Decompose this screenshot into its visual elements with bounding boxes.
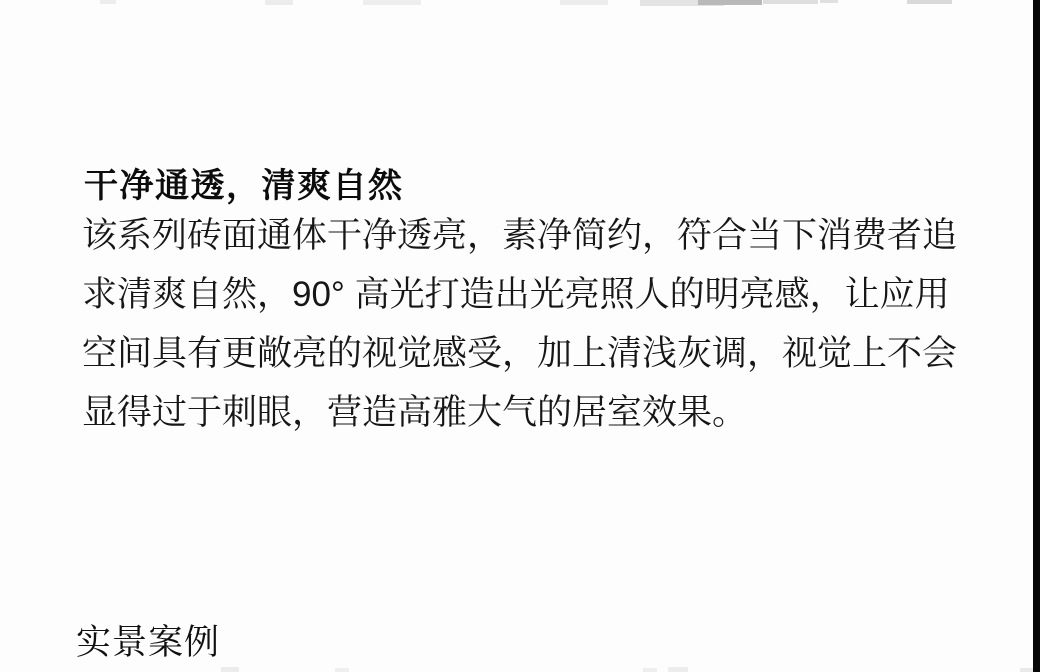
section-heading: 干净通透，清爽自然 xyxy=(84,165,404,207)
paragraph-line: 求清爽自然，90° 高光打造出光亮照人的明亮感，让应用 xyxy=(82,265,992,324)
article-page: 干净通透，清爽自然 该系列砖面通体干净透亮，素净简约，符合当下消费者追 求清爽自… xyxy=(0,0,1040,672)
cropped-image-artifact xyxy=(907,0,952,4)
paragraph-line: 该系列砖面通体干净透亮，素净简约，符合当下消费者追 xyxy=(82,206,992,265)
cropped-image-artifact xyxy=(100,0,116,4)
cropped-image-artifact xyxy=(763,0,818,4)
next-section-heading: 实景案例 xyxy=(76,622,220,664)
cropped-image-artifact xyxy=(820,0,838,3)
paragraph-line: 显得过于刺眼，营造高雅大气的居室效果。 xyxy=(82,383,992,442)
cropped-image-artifact xyxy=(1020,668,1033,672)
paragraph-line: 空间具有更敞亮的视觉感受，加上清浅灰调，视觉上不会 xyxy=(82,324,992,383)
cropped-image-artifact xyxy=(643,668,657,672)
cropped-image-artifact xyxy=(668,667,688,672)
right-edge-bar xyxy=(1033,0,1040,672)
body-paragraph: 该系列砖面通体干净透亮，素净简约，符合当下消费者追 求清爽自然，90° 高光打造… xyxy=(82,206,992,442)
cropped-image-artifact xyxy=(335,668,349,672)
cropped-image-artifact xyxy=(560,0,608,5)
cropped-image-artifact xyxy=(363,0,421,5)
cropped-image-artifact xyxy=(221,667,239,672)
cropped-image-artifact xyxy=(698,0,762,5)
cropped-image-artifact xyxy=(265,0,293,5)
